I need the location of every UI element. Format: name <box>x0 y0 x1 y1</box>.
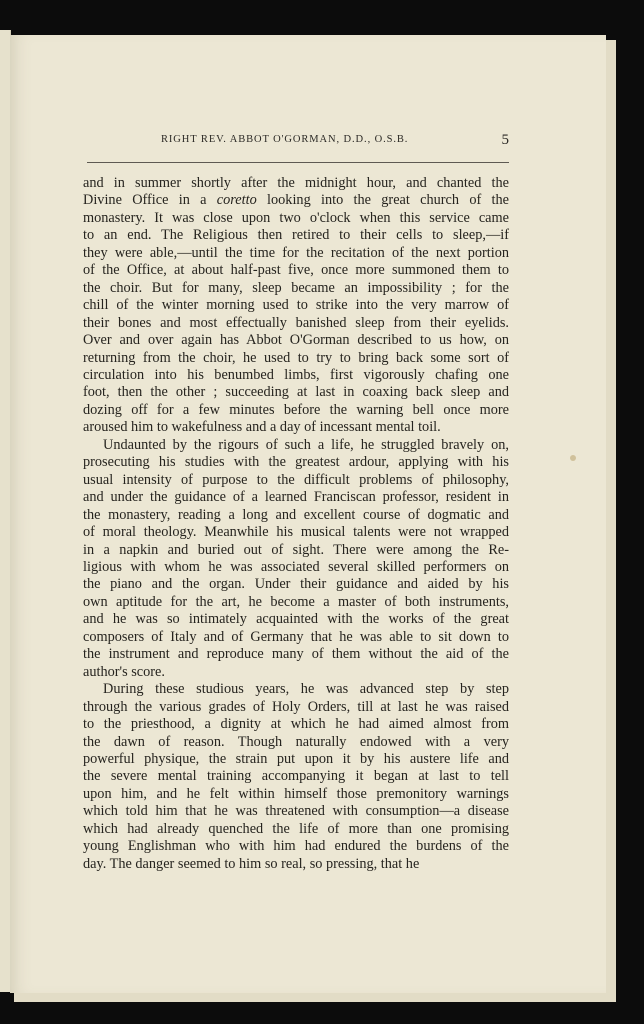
text-line: their bones and most effectually banishe… <box>83 315 509 332</box>
text-line: to the priesthood, a dignity at which he… <box>83 716 509 733</box>
text-line: young Englishman who with him had endure… <box>83 838 509 855</box>
text-line: and he was so intimately acquainted with… <box>83 611 509 628</box>
text-line: which had already quenched the life of m… <box>83 821 509 838</box>
text-line: and in summer shortly after the midnight… <box>83 175 509 192</box>
text-line: chill of the winter morning used to stri… <box>83 297 509 314</box>
body-text: and in summer shortly after the midnight… <box>83 175 509 873</box>
page-number: 5 <box>502 132 510 149</box>
text-line: author's score. <box>83 664 509 681</box>
text-line: own aptitude for the art, he become a ma… <box>83 594 509 611</box>
text-line: Undaunted by the rigours of such a life,… <box>83 437 509 454</box>
italic-term: coretto <box>217 192 257 208</box>
book-page: RIGHT REV. ABBOT O'GORMAN, D.D., O.S.B. … <box>10 35 606 993</box>
text-line: foot, then the other ; succeeding at las… <box>83 384 509 401</box>
text-line: upon him, and he felt within himself tho… <box>83 786 509 803</box>
running-head-title: RIGHT REV. ABBOT O'GORMAN, D.D., O.S.B. <box>161 134 408 145</box>
text-line: day. The danger seemed to him so real, s… <box>83 856 509 873</box>
text-line: through the various grades of Holy Order… <box>83 699 509 716</box>
text-line: in a napkin and buried out of sight. The… <box>83 542 509 559</box>
text-line: the piano and the organ. Under their gui… <box>83 576 509 593</box>
text-line: of moral theology. Meanwhile his musical… <box>83 524 509 541</box>
text-line: During these studious years, he was adva… <box>83 681 509 698</box>
text-line: composers of Italy and of Germany that h… <box>83 629 509 646</box>
running-head: RIGHT REV. ABBOT O'GORMAN, D.D., O.S.B. … <box>87 132 509 152</box>
text-line: returning from the choir, he used to try… <box>83 350 509 367</box>
paragraph: Undaunted by the rigours of such a life,… <box>83 437 509 681</box>
text-line: monastery. It was close upon two o'clock… <box>83 210 509 227</box>
text-line: the choir. But for many, sleep became an… <box>83 280 509 297</box>
text-line: circulation into his benumbed limbs, fir… <box>83 367 509 384</box>
text-line: aroused him to wakefulness and a day of … <box>83 419 509 436</box>
text-line: ligious with whom he was associated seve… <box>83 559 509 576</box>
text-line: the dawn of reason. Though naturally end… <box>83 734 509 751</box>
text-line: and under the guidance of a learned Fran… <box>83 489 509 506</box>
text-line: the instrument and reproduce many of the… <box>83 646 509 663</box>
foxing-spot <box>570 455 576 461</box>
text-line: of the Office, at about half-past five, … <box>83 262 509 279</box>
paragraph: During these studious years, he was adva… <box>83 681 509 873</box>
text-line: to an end. The Religious then retired to… <box>83 227 509 244</box>
text-line: prosecuting his studies with the greates… <box>83 454 509 471</box>
text-line: powerful physique, the strain put upon i… <box>83 751 509 768</box>
text-line: the severe mental training accompanying … <box>83 768 509 785</box>
text-line: which told him that he was threatened wi… <box>83 803 509 820</box>
text-line: they were able,—until the time for the r… <box>83 245 509 262</box>
text-line: Over and over again has Abbot O'Gorman d… <box>83 332 509 349</box>
text-line: the monastery, reading a long and excell… <box>83 507 509 524</box>
text-line: Divine Office in a coretto looking into … <box>83 192 509 209</box>
text-line: usual intensity of purpose to the diffic… <box>83 472 509 489</box>
text-line: dozing off for a few minutes before the … <box>83 402 509 419</box>
header-rule <box>87 162 509 163</box>
paragraph: and in summer shortly after the midnight… <box>83 175 509 437</box>
